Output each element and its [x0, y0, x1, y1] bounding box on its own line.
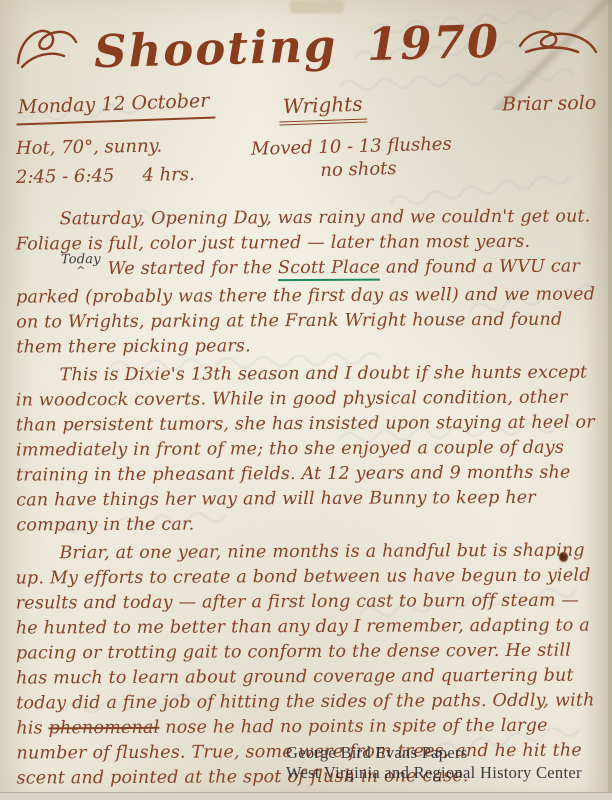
entry-header: Monday 12 October Hot, 70°, sunny. 2:45 …: [0, 73, 612, 186]
flushes-note: Moved 10 - 13 flushes: [251, 133, 466, 160]
title-flourish-right-icon: [516, 26, 600, 68]
dog-note: Briar solo: [466, 92, 602, 116]
journal-page: Shooting 1970 Monday 12 October Hot, 70°…: [0, 0, 612, 800]
scan-bottom-edge: [0, 792, 612, 800]
header-left-column: Monday 12 October Hot, 70°, sunny. 2:45 …: [16, 93, 251, 186]
inserted-word: Today^: [17, 253, 101, 276]
p3-lead: Briar, at one year, nine months is a han…: [15, 541, 594, 739]
time-row: 2:45 - 6:45 4 hrs.: [16, 163, 251, 188]
corrected-word: phenomenal: [48, 718, 159, 739]
weather-note: Hot, 70°, sunny.: [16, 134, 251, 159]
time-range: 2:45 - 6:45: [16, 165, 115, 188]
insertion-caret: ^: [32, 265, 85, 276]
title-flourish-left-icon: [16, 23, 78, 71]
stamp-line-1: George Bird Evans Papers: [286, 743, 582, 763]
paragraph-opening-day: Saturday, Opening Day, was rainy and we …: [16, 204, 601, 360]
header-right-column: Briar solo: [466, 93, 602, 186]
p1-mid: We started for the: [102, 258, 278, 279]
p1-lead: Saturday, Opening Day, was rainy and we …: [16, 207, 591, 255]
title-row: Shooting 1970: [0, 0, 612, 73]
location-name: Wrights: [278, 91, 367, 125]
scott-place-underlined: Scott Place: [278, 258, 380, 282]
paragraph-dixie: This is Dixie's 13th season and I doubt …: [16, 360, 601, 538]
entry-date: Monday 12 October: [16, 90, 216, 126]
archive-stamp: George Bird Evans Papers West Virginia a…: [286, 743, 582, 782]
duration: 4 hrs.: [142, 164, 195, 186]
header-center-column: Wrights Moved 10 - 13 flushes no shots: [251, 93, 466, 186]
shots-note: no shots: [251, 156, 466, 183]
scan-right-edge: [608, 0, 612, 800]
page-title: Shooting 1970: [93, 15, 500, 79]
journal-text: Saturday, Opening Day, was rainy and we …: [0, 186, 612, 790]
stamp-line-2: West Virginia and Regional History Cente…: [286, 763, 582, 783]
